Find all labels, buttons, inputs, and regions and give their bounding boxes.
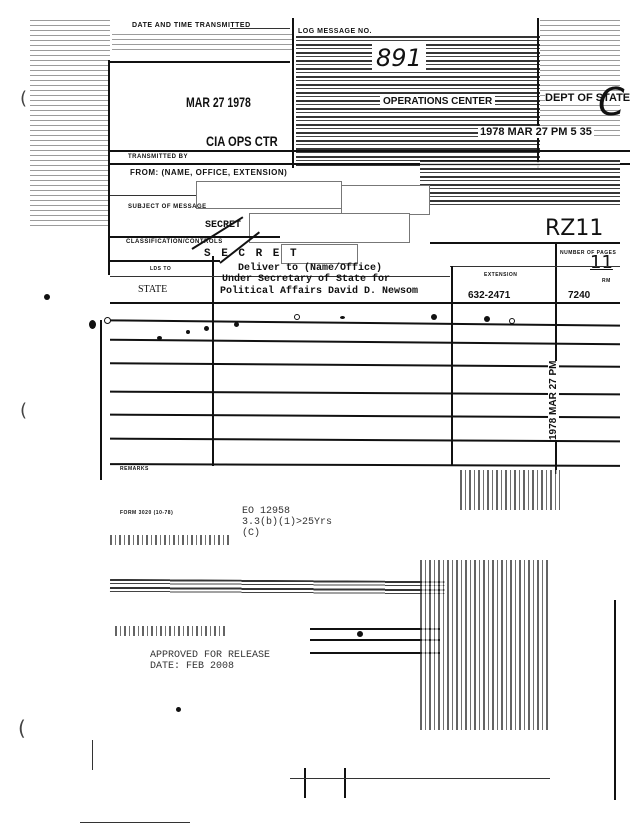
- header-extension: Extension: [484, 272, 517, 278]
- scan-dot: [204, 326, 209, 331]
- scan-dot: [340, 316, 345, 319]
- rule: [450, 266, 620, 267]
- number-of-pages-value: 11: [590, 252, 613, 273]
- scan-mark: [92, 740, 93, 770]
- left-margin-scan-noise: [30, 20, 110, 230]
- scan-dot: [431, 314, 437, 320]
- redaction-box: [249, 213, 410, 243]
- release-line2: DATE: FEB 2008: [150, 661, 234, 672]
- scan-dot: [89, 320, 96, 329]
- scan-dot: [186, 330, 190, 334]
- stamp-date: MAR 27 1978: [186, 94, 251, 110]
- handwritten-mark: C: [598, 80, 625, 124]
- scan-noise: [115, 626, 225, 636]
- remarks-label: Remarks: [120, 466, 149, 472]
- scan-noise: [420, 160, 620, 205]
- rule: [230, 28, 290, 29]
- table-row-rule: [110, 339, 620, 345]
- margin-bracket: (: [20, 88, 27, 109]
- cell-extension: 632-2471: [468, 290, 510, 301]
- scan-dot: [357, 631, 363, 637]
- cell-lds-to: STATE: [138, 284, 167, 295]
- header-deliver-to: Deliver to (Name/Office): [238, 263, 382, 274]
- stamp-office: CIA OPS CTR: [206, 133, 278, 149]
- form-left-border: [100, 320, 102, 480]
- scan-ring: [509, 318, 515, 324]
- scan-mark: [344, 768, 346, 798]
- scan-dot: [176, 707, 181, 712]
- scan-dot: [44, 294, 50, 300]
- classification-label: Classification/Controls: [126, 239, 223, 245]
- cell-deliver-to-line2: Political Affairs David D. Newsom: [220, 286, 418, 297]
- divider: [537, 18, 539, 168]
- scan-mark: [290, 778, 550, 779]
- scan-dot: [157, 336, 162, 340]
- log-number-handwritten: 891: [372, 44, 426, 72]
- scan-dot: [234, 322, 239, 327]
- scan-ring: [294, 314, 300, 320]
- scan-mark: [80, 822, 190, 823]
- scan-noise: [112, 34, 292, 54]
- scan-mark: [304, 768, 306, 798]
- declass-line2: 3.3(b)(1)>25Yrs: [242, 517, 332, 528]
- declass-line3: (C): [242, 528, 260, 539]
- header-lds-to: LDS TO: [150, 266, 171, 272]
- classification-value: S E C R E T: [204, 248, 299, 260]
- operations-center-stamp: OPERATIONS CENTER: [380, 96, 495, 107]
- redaction-box: [196, 181, 342, 209]
- table-row-rule: [110, 319, 620, 326]
- side-received-stamp: 1978 MAR 27 PM: [548, 361, 559, 440]
- rule: [110, 260, 220, 262]
- right-edge-line: [614, 600, 616, 800]
- table-row-rule: [110, 362, 620, 368]
- bleed-through-band: [110, 579, 445, 595]
- margin-bracket: (: [18, 716, 26, 740]
- rule: [110, 236, 280, 238]
- cell-deliver-to-line1: Under Secretary of State for: [222, 274, 390, 285]
- table-row-rule: [110, 463, 620, 467]
- cell-room: 7240: [568, 290, 590, 301]
- declass-line1: EO 12958: [242, 506, 290, 517]
- table-column-border: [212, 256, 214, 466]
- table-row-rule: [110, 391, 620, 396]
- header-room: Rm: [602, 278, 611, 284]
- form-left-border: [108, 60, 110, 275]
- table-row-rule: [110, 414, 620, 419]
- scan-noise: [420, 560, 550, 730]
- scan-noise: [110, 535, 230, 545]
- table-row-rule: [110, 438, 620, 443]
- subject-label: Subject of Message: [128, 204, 207, 210]
- from-label: FROM: (Name, Office, Extension): [130, 168, 287, 177]
- form-number: FORM 3020 (10-78): [120, 510, 173, 516]
- rule: [430, 242, 620, 244]
- divider: [292, 18, 294, 168]
- transmitted-by-label: Transmitted By: [128, 154, 188, 160]
- rule: [110, 61, 290, 63]
- scan-ring: [104, 317, 111, 324]
- table-row-rule: [110, 302, 620, 304]
- redaction-box: [341, 185, 430, 215]
- scan-noise: [460, 470, 560, 510]
- rule: [110, 195, 196, 196]
- rule: [110, 150, 630, 152]
- received-stamp: 1978 MAR 27 PM 5 35: [478, 126, 594, 138]
- log-number-label: Log Message No.: [298, 28, 372, 35]
- handwritten-code: RZ11: [545, 216, 603, 241]
- scan-dot: [484, 316, 490, 322]
- release-line1: APPROVED FOR RELEASE: [150, 650, 270, 661]
- margin-bracket: (: [20, 400, 27, 421]
